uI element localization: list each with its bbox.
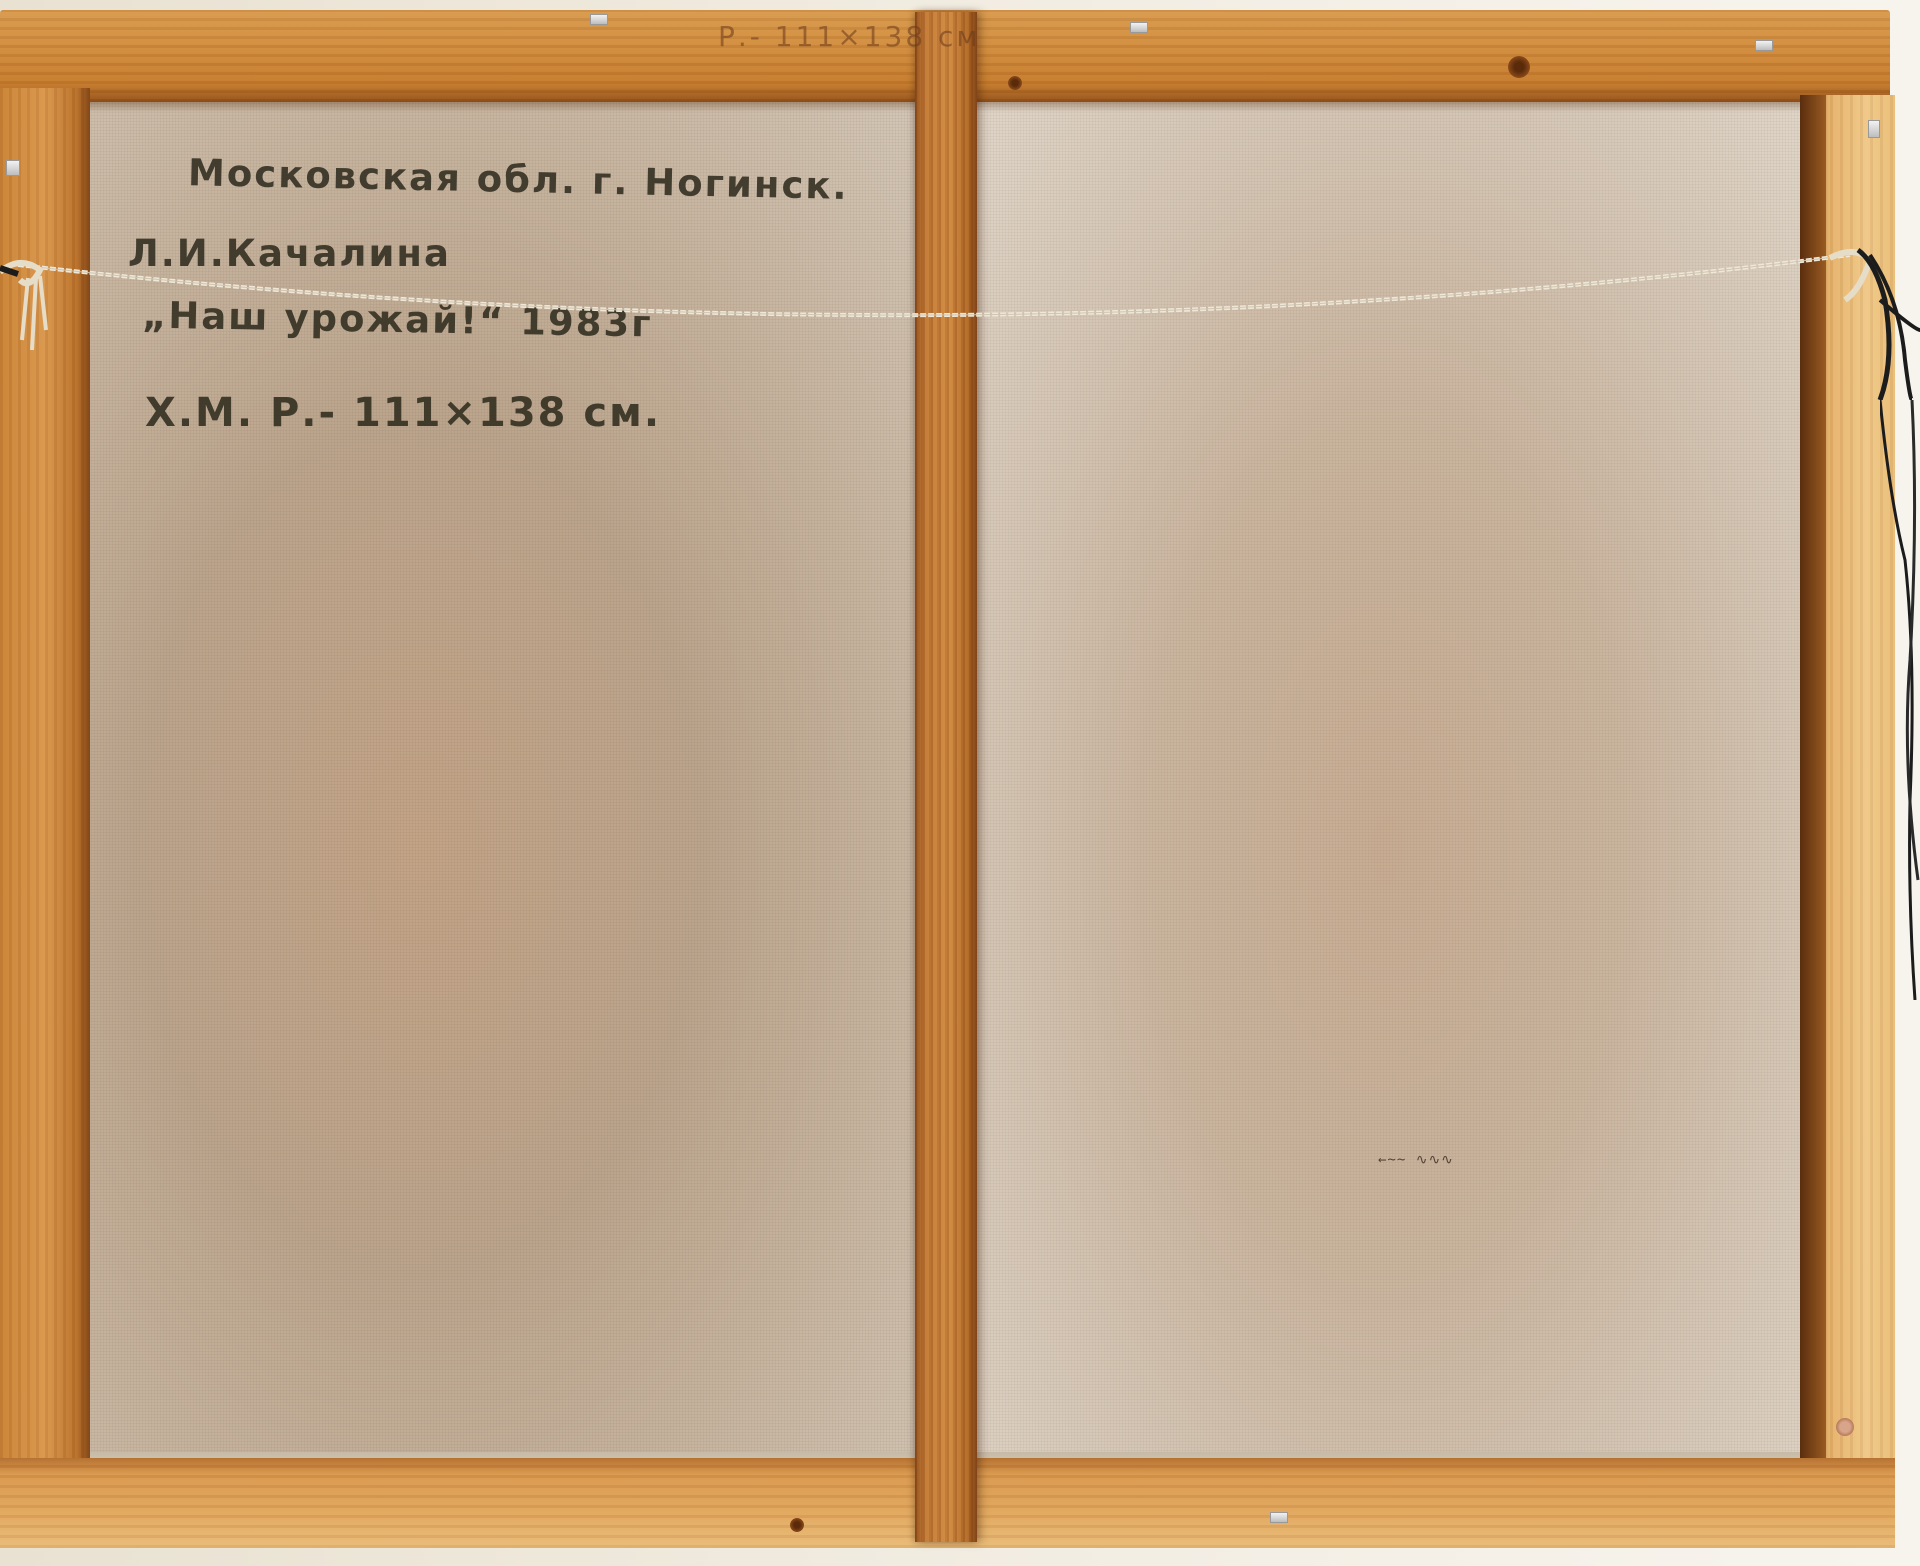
staple-icon xyxy=(1755,40,1773,51)
inscription-artist: Л.И.Качалина xyxy=(128,232,451,275)
wood-knot-icon xyxy=(1508,56,1530,78)
stretcher-center-crossbar xyxy=(915,12,977,1542)
inscription-title-year: „Наш урожай!“ 1983г xyxy=(142,294,653,346)
staple-icon xyxy=(1270,1512,1288,1523)
frame-pencil-note: Р.- 111×138 см xyxy=(718,20,981,53)
inscription-medium-size: Х.М. Р.- 111×138 см. xyxy=(145,390,661,436)
canvas-right-panel xyxy=(975,100,1801,1460)
staple-icon xyxy=(590,14,608,25)
nail-head-icon xyxy=(1836,1418,1854,1436)
wood-knot-icon xyxy=(790,1518,804,1532)
stretcher-left-bar xyxy=(0,88,90,1480)
staple-icon xyxy=(1868,120,1880,138)
staple-icon xyxy=(6,160,20,176)
canvas-ink-mark: ←~~ ∿∿∿ xyxy=(1378,1152,1454,1168)
staple-icon xyxy=(1130,22,1148,33)
black-cord-icon xyxy=(1880,400,1920,1000)
wood-knot-icon xyxy=(1008,76,1022,90)
right-bar-shadow xyxy=(1800,95,1826,1480)
